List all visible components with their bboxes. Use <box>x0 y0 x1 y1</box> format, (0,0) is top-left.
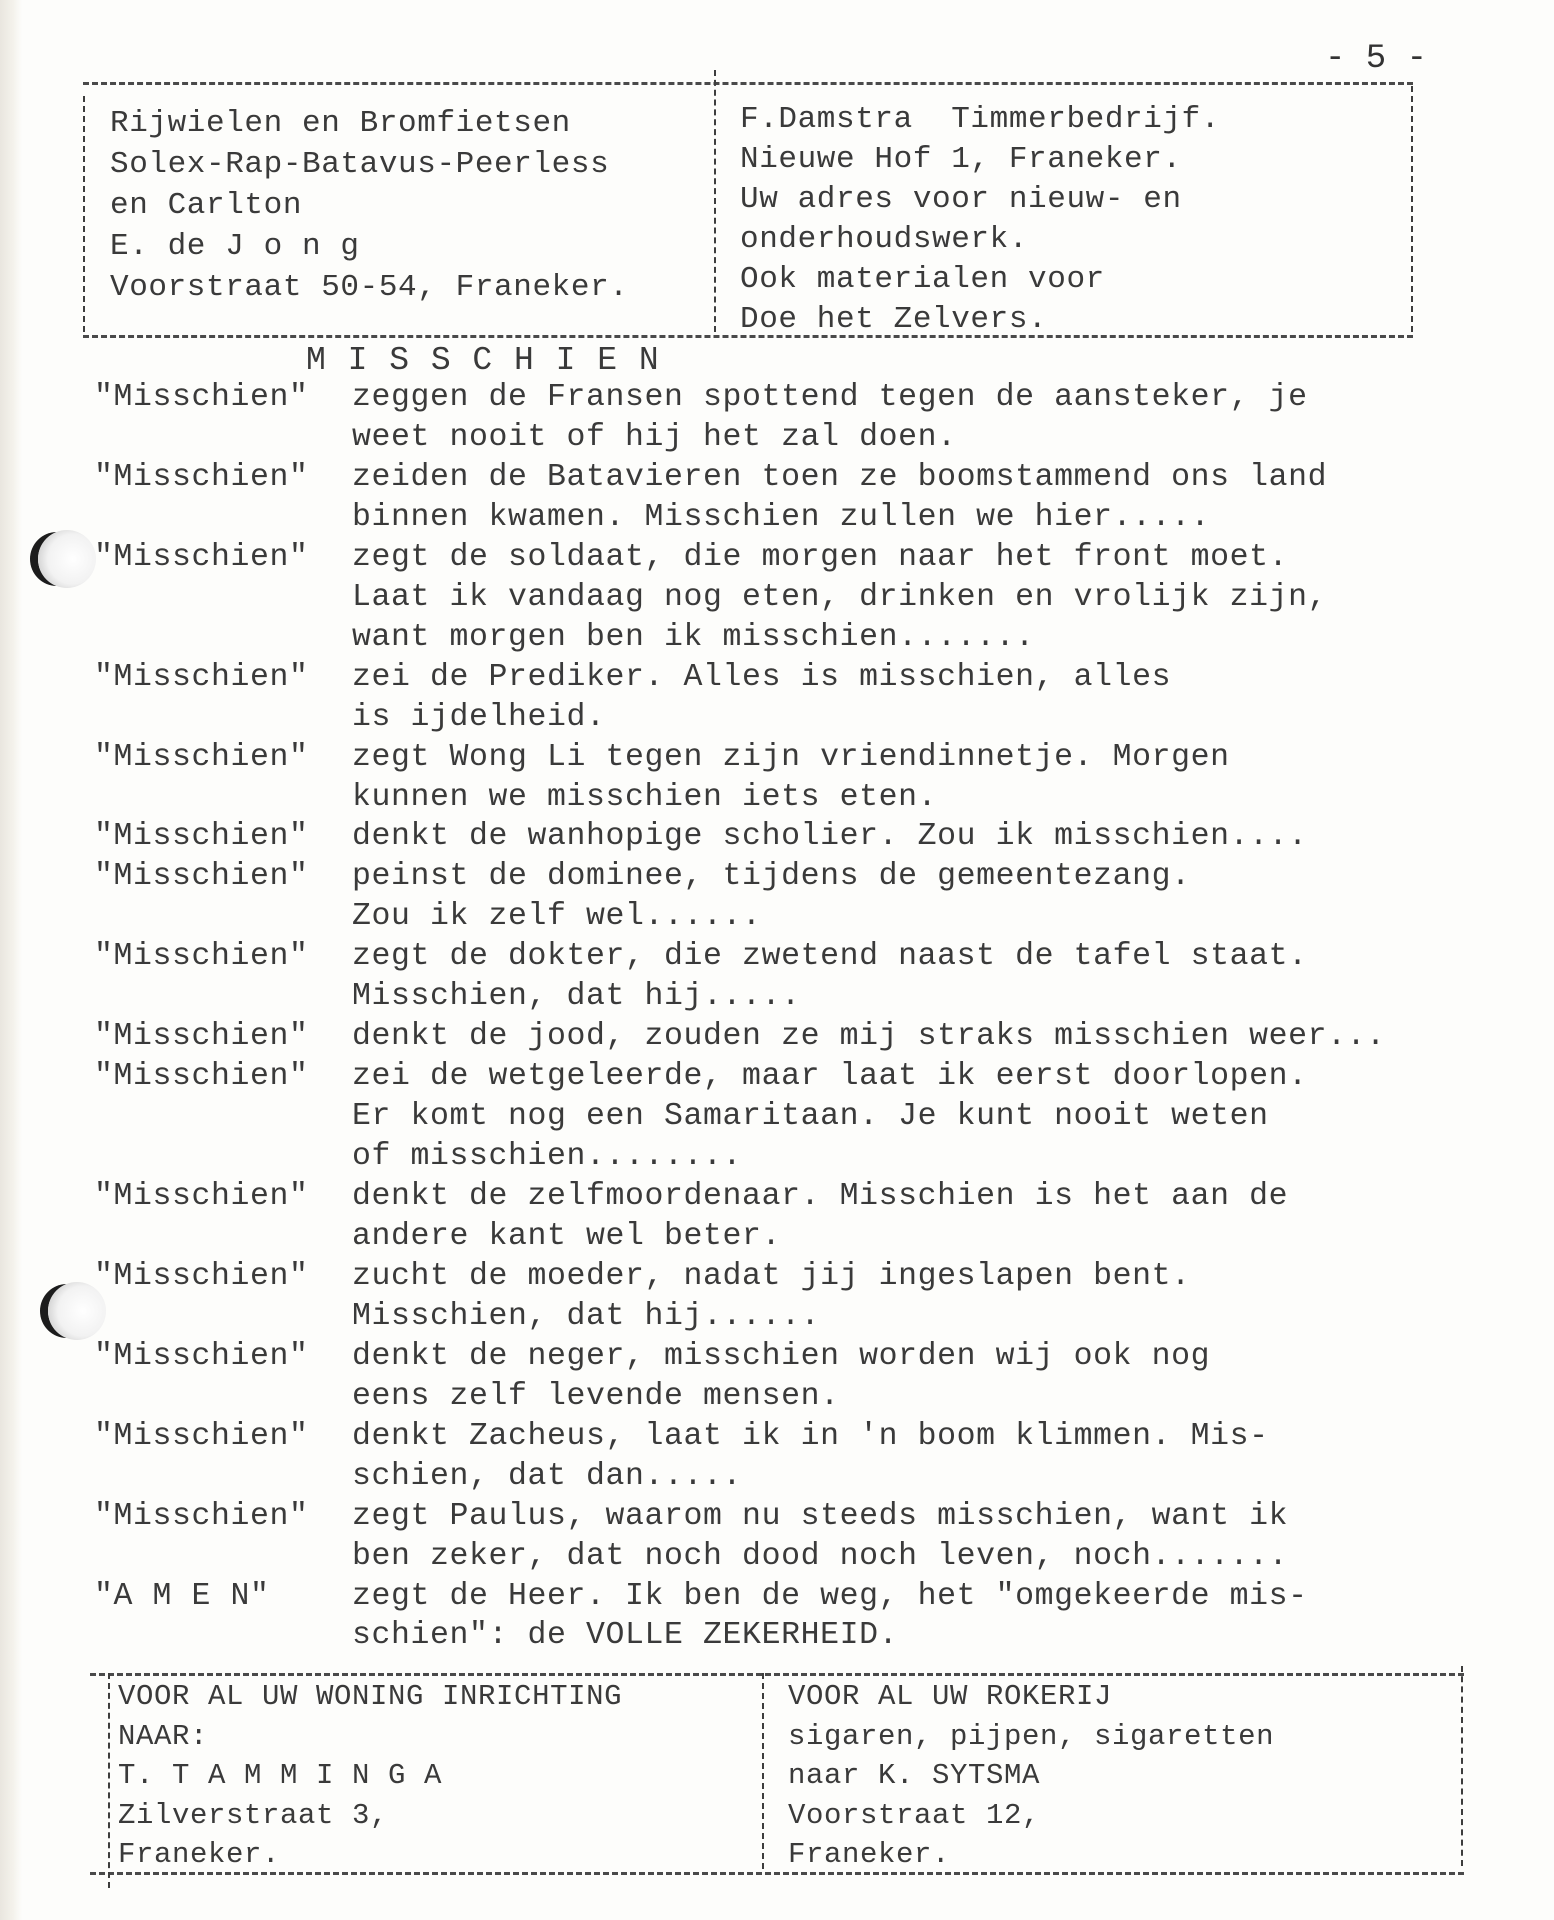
bottom-ad-divider <box>762 1673 764 1869</box>
top-ad-divider <box>714 70 716 332</box>
ad-line: Doe het Zelvers. <box>740 304 1047 335</box>
poem-line: zegt de Heer. Ik ben de weg, het "omgeke… <box>352 1581 1308 1613</box>
speaker-label: "Misschien" <box>94 382 309 414</box>
ad-line: en Carlton <box>110 190 302 221</box>
poem-line: Misschien, dat hij..... <box>352 981 801 1013</box>
poem-line: denkt de wanhopige scholier. Zou ik miss… <box>352 821 1308 853</box>
poem-line: Misschien, dat hij...... <box>352 1301 820 1333</box>
ad-line: VOOR AL UW WONING INRICHTING <box>118 1682 622 1711</box>
poem-line: zucht de moeder, nadat jij ingeslapen be… <box>352 1261 1191 1293</box>
speaker-label: "Misschien" <box>94 1181 309 1213</box>
ad-line: NAAR: <box>118 1722 208 1751</box>
poem-line: denkt Zacheus, laat ik in 'n boom klimme… <box>352 1421 1269 1453</box>
paper-edge <box>0 0 22 1920</box>
poem-line: peinst de dominee, tijdens de gemeenteza… <box>352 861 1191 893</box>
speaker-label: "Misschien" <box>94 542 309 574</box>
poem-line: zegt de dokter, die zwetend naast de taf… <box>352 941 1308 973</box>
poem-line: weet nooit of hij het zal doen. <box>352 422 957 454</box>
binder-hole-top <box>38 530 96 588</box>
ad-line: Ook materialen voor <box>740 264 1105 295</box>
speaker-label: "Misschien" <box>94 1421 309 1453</box>
speaker-label: "Misschien" <box>94 742 309 774</box>
poem-line: zegt Paulus, waarom nu steeds misschien,… <box>352 1501 1288 1533</box>
speaker-label: "Misschien" <box>94 821 309 853</box>
speaker-label: "Misschien" <box>94 462 309 494</box>
ad-line: naar K. SYTSMA <box>788 1761 1040 1790</box>
poem-line: zei de Prediker. Alles is misschien, all… <box>352 662 1171 694</box>
ad-line: Franeker. <box>788 1840 950 1869</box>
top-ad-right-border <box>1411 86 1413 332</box>
poem-line: zegt de soldaat, die morgen naar het fro… <box>352 542 1288 574</box>
poem-line: schien, dat dan..... <box>352 1461 742 1493</box>
speaker-label: "A M E N" <box>94 1581 270 1613</box>
poem-line: is ijdelheid. <box>352 702 606 734</box>
poem-line: denkt de jood, zouden ze mij straks miss… <box>352 1021 1386 1053</box>
ad-line: onderhoudswerk. <box>740 224 1028 255</box>
ad-line: VOOR AL UW ROKERIJ <box>788 1682 1112 1711</box>
poem-title: M I S S C H I E N <box>306 344 660 377</box>
poem-line: ben zeker, dat noch dood noch leven, noc… <box>352 1541 1288 1573</box>
speaker-label: "Misschien" <box>94 1501 309 1533</box>
poem-line: denkt de neger, misschien worden wij ook… <box>352 1341 1210 1373</box>
poem-line: schien": de VOLLE ZEKERHEID. <box>352 1620 898 1652</box>
poem-line: andere kant wel beter. <box>352 1221 781 1253</box>
speaker-label: "Misschien" <box>94 861 309 893</box>
speaker-label: "Misschien" <box>94 1021 309 1053</box>
ad-line: sigaren, pijpen, sigaretten <box>788 1722 1274 1751</box>
bottom-ad-left-border <box>108 1673 110 1888</box>
speaker-label: "Misschien" <box>94 662 309 694</box>
poem-line: kunnen we misschien iets eten. <box>352 782 937 814</box>
ad-line: E. de J o n g <box>110 231 360 262</box>
poem-line: zeggen de Fransen spottend tegen de aans… <box>352 382 1308 414</box>
ad-line: Rijwielen en Bromfietsen <box>110 108 571 139</box>
ad-line: F.Damstra Timmerbedrijf. <box>740 104 1220 135</box>
ad-line: Voorstraat 50-54, Franeker. <box>110 272 628 303</box>
poem-line: Laat ik vandaag nog eten, drinken en vro… <box>352 582 1327 614</box>
ad-line: T. T A M M I N G A <box>118 1761 442 1790</box>
poem-line: want morgen ben ik misschien....... <box>352 622 1035 654</box>
page-number: - 5 - <box>1325 40 1427 78</box>
poem-line: zeiden de Batavieren toen ze boomstammen… <box>352 462 1327 494</box>
poem-line: zei de wetgeleerde, maar laat ik eerst d… <box>352 1061 1308 1093</box>
ad-line: Voorstraat 12, <box>788 1801 1040 1830</box>
ad-line: Solex-Rap-Batavus-Peerless <box>110 149 609 180</box>
poem-line: Zou ik zelf wel...... <box>352 901 762 933</box>
top-ad-left-border <box>83 96 85 332</box>
speaker-label: "Misschien" <box>94 1061 309 1093</box>
ad-line: Uw adres voor nieuw- en <box>740 184 1182 215</box>
poem-line: denkt de zelfmoordenaar. Misschien is he… <box>352 1181 1288 1213</box>
poem-line: Er komt nog een Samaritaan. Je kunt nooi… <box>352 1101 1269 1133</box>
poem-line: eens zelf levende mensen. <box>352 1381 840 1413</box>
speaker-label: "Misschien" <box>94 1341 309 1373</box>
poem-line: of misschien........ <box>352 1141 742 1173</box>
poem-line: zegt Wong Li tegen zijn vriendinnetje. M… <box>352 742 1230 774</box>
speaker-label: "Misschien" <box>94 941 309 973</box>
speaker-label: "Misschien" <box>94 1261 309 1293</box>
ad-line: Franeker. <box>118 1840 280 1869</box>
poem-line: binnen kwamen. Misschien zullen we hier.… <box>352 502 1210 534</box>
bottom-ad-right-border <box>1461 1666 1463 1866</box>
ad-line: Nieuwe Hof 1, Franeker. <box>740 144 1182 175</box>
ad-line: Zilverstraat 3, <box>118 1801 388 1830</box>
